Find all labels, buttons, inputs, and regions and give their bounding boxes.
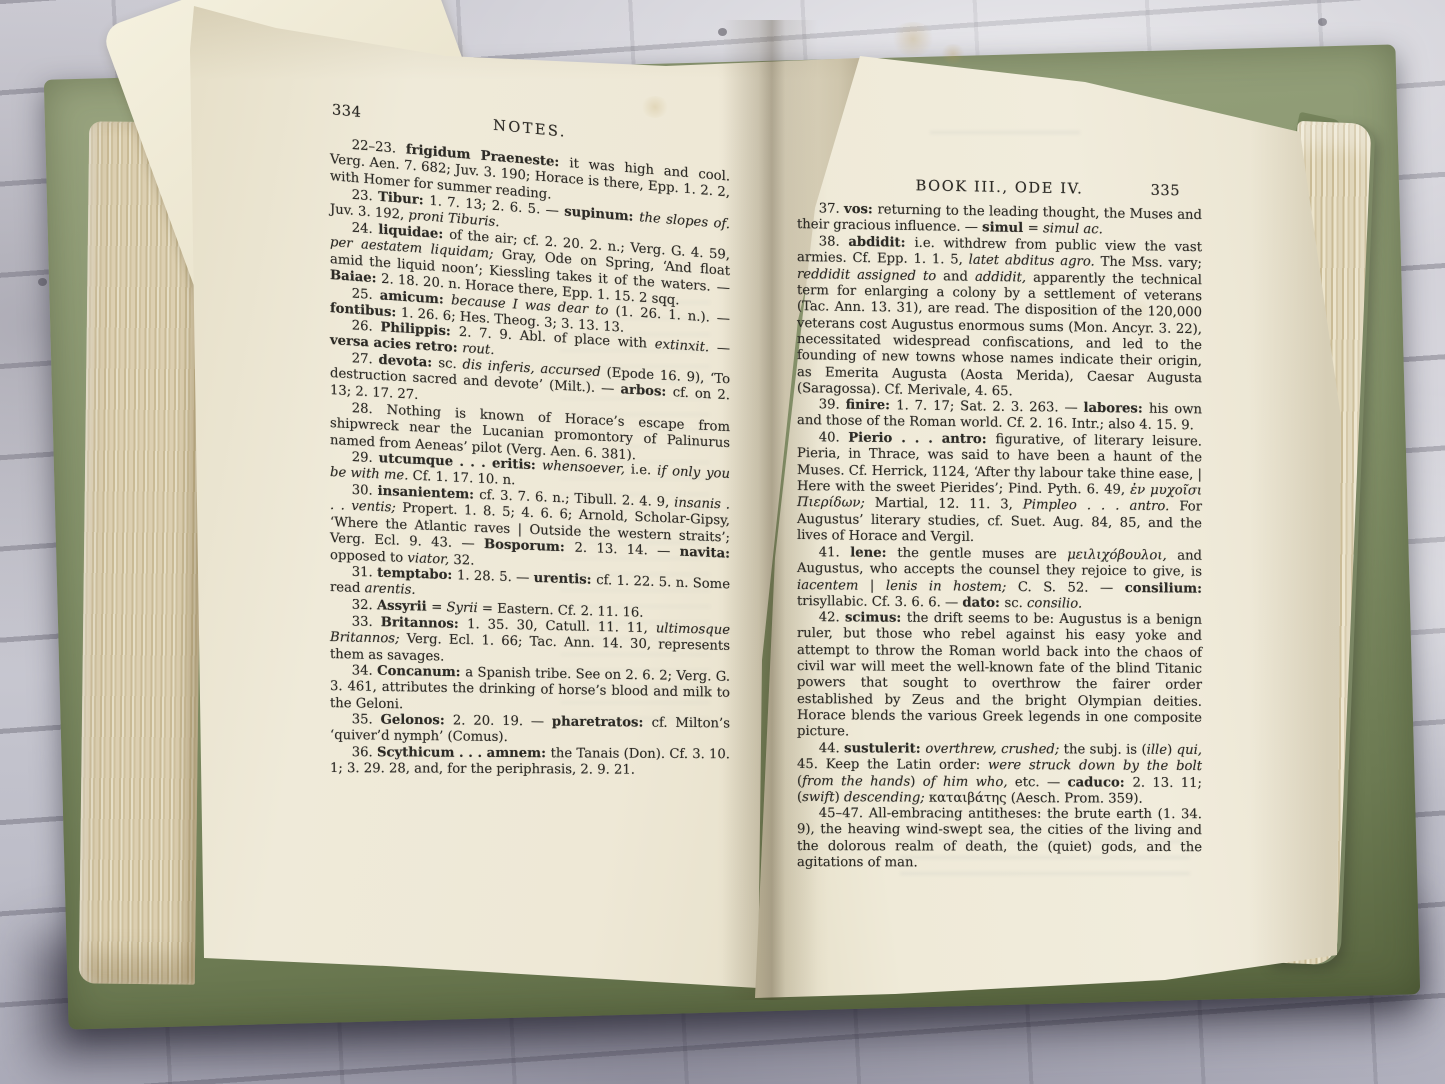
lemma-text: Britannos: <box>381 615 467 632</box>
note-text: arentis. <box>365 582 416 599</box>
foxing-stain <box>940 44 966 64</box>
lemma-text: Assyrii <box>377 598 431 615</box>
note-text: addidit, <box>975 269 1033 285</box>
note-text: 23. <box>352 188 378 205</box>
lemma-text: Pierio . . . antro: <box>848 431 995 448</box>
note-text: ) <box>1167 742 1177 757</box>
note-text: 26. <box>352 319 381 336</box>
note-text: 30. <box>352 483 378 499</box>
note-text: apparently the technical term for enlarg… <box>797 270 1202 399</box>
note-text: overthrew, crushed; <box>925 741 1063 757</box>
note-text: 32. <box>453 553 474 569</box>
note-text: of him who, <box>923 774 1015 789</box>
note-paragraph: 35. Gelonos: 2. 20. 19. — pharetratos: c… <box>330 712 730 749</box>
left-page-notes: 22–23. frigidum Praeneste: it was high a… <box>330 136 730 778</box>
note-paragraph: 40. Pierio . . . antro: figurative, of l… <box>797 430 1202 549</box>
note-text: trisyllabic. Cf. 3. 6. 6. — <box>797 594 962 611</box>
lemma-text: Bosporum: <box>484 537 575 556</box>
lemma-text: labores: <box>1084 401 1149 417</box>
lemma-text: arbos: <box>620 383 672 401</box>
note-text: 37. <box>819 202 844 217</box>
foxing-stain <box>890 22 936 56</box>
note-text: Pimpleo . . . antro. <box>1023 498 1179 515</box>
note-text: etc. — <box>1015 774 1068 789</box>
note-text: ille <box>1147 742 1167 757</box>
note-text: 35. <box>352 713 381 728</box>
lemma-text: Baiae: <box>330 268 381 287</box>
note-text: simul ac. <box>1043 222 1103 238</box>
lemma-text: pharetratos: <box>552 715 652 731</box>
lemma-text: navita: <box>680 545 730 562</box>
lemma-text: consilium: <box>1125 580 1202 596</box>
note-paragraph: 42. scimus: the drift seems to be: Augus… <box>797 610 1202 744</box>
note-paragraph: 36. Scythicum . . . amnem: the Tanais (D… <box>330 745 730 780</box>
note-text: from the hands <box>802 773 910 789</box>
note-text: = <box>1028 222 1043 237</box>
note-text: ) <box>835 790 844 805</box>
note-paragraph: 38. abdidit: i.e. withdrew from public v… <box>797 234 1202 404</box>
lemma-text: vos: <box>844 202 877 218</box>
note-text: and <box>943 269 975 284</box>
lemma-text: simul <box>982 221 1028 237</box>
note-text: sc. <box>438 356 462 372</box>
note-text: the subj. is ( <box>1064 742 1147 757</box>
note-text: 1. 7. 17; Sat. 2. 3. 263. — <box>896 399 1083 416</box>
note-text: 2. 13. 14. — <box>575 541 680 560</box>
note-text: 45–47. All-embracing antitheses: the bru… <box>797 806 1202 870</box>
right-page-notes: 37. vos: returning to the leading though… <box>797 201 1202 871</box>
note-text: = <box>431 600 446 615</box>
note-text: the drift seems to be: Augustus is a ben… <box>797 611 1202 740</box>
lemma-text: Tibur: <box>378 190 429 209</box>
note-paragraph: 34. Concanum: a Spanish tribe. See on 2.… <box>330 663 730 719</box>
photo-of-open-book: 334 NOTES. 22–23. frigidum Praeneste: it… <box>0 0 1445 1084</box>
note-text: 24. <box>352 220 379 237</box>
note-text: descending; <box>844 790 929 805</box>
note-text: latet abditus agro. <box>969 253 1101 270</box>
note-text: 1. 28. 5. — <box>457 568 534 586</box>
note-text: 32. <box>352 598 377 614</box>
note-text: sc. <box>1004 595 1027 610</box>
note-text: 31. <box>352 565 377 581</box>
note-text: 29. <box>352 450 379 466</box>
note-text: — <box>709 341 730 357</box>
lemma-text: dato: <box>962 595 1004 610</box>
note-text: 40. <box>819 430 849 445</box>
lemma-text: Gelonos: <box>381 713 453 729</box>
lemma-text: abdidit: <box>848 235 914 251</box>
lemma-text: devota: <box>379 353 439 371</box>
note-text: 36. <box>352 745 377 760</box>
lemma-text: temptabo: <box>377 566 457 584</box>
note-text: viator, <box>407 551 453 568</box>
right-running-head-row: BOOK III., ODE IV. 335 <box>797 176 1202 200</box>
note-text: swift <box>802 790 834 805</box>
lemma-text: Concanum: <box>377 664 465 680</box>
lemma-text: finire: <box>846 398 897 414</box>
note-text: C. S. 52. — <box>1018 579 1125 595</box>
lemma-text: caduco: <box>1068 775 1133 790</box>
page-number-334: 334 <box>332 102 361 121</box>
page-number-335: 335 <box>1151 183 1180 200</box>
lemma-text: sustulerit: <box>844 741 925 756</box>
note-text: 42. <box>819 610 845 625</box>
note-text: 44. <box>819 741 844 756</box>
note-text: ) <box>910 774 923 789</box>
note-paragraph: 41. lene: the gentle muses are μειλιχόβο… <box>797 545 1202 614</box>
note-text: Syrii <box>447 600 482 616</box>
note-text: were struck down by the bolt <box>988 758 1202 774</box>
lemma-text: urentis: <box>534 571 597 588</box>
right-page-text-column: BOOK III., ODE IV. 335 37. vos: returnin… <box>797 176 1202 871</box>
note-text: the gentle muses are <box>897 545 1067 562</box>
note-text: iacentem | lenis in hostem; <box>797 577 1018 594</box>
note-text: 34. <box>352 663 377 678</box>
note-paragraph: 44. sustulerit: overthrew, crushed; the … <box>797 741 1202 808</box>
left-page-text-column: 334 NOTES. 22–23. frigidum Praeneste: it… <box>330 102 730 778</box>
note-text: qui, <box>1177 743 1202 758</box>
note-text: 45. Keep the Latin order: <box>797 757 988 773</box>
note-text: 39. <box>819 398 846 413</box>
note-text: 38. <box>819 234 849 249</box>
note-text: καταιβάτης (Aesch. Prom. 359). <box>929 790 1143 806</box>
note-text: whensoever, <box>542 459 631 478</box>
note-text: extinxit. <box>655 337 709 355</box>
note-text: 41. <box>819 545 850 560</box>
note-text: rout. <box>462 342 494 359</box>
note-text: The Mss. vary; <box>1101 255 1202 272</box>
note-text: 33. <box>352 614 381 630</box>
note-paragraph: 45–47. All-embracing antitheses: the bru… <box>797 806 1202 873</box>
note-text: 2. 20. 19. — <box>453 714 552 730</box>
note-text: 25. <box>352 286 380 303</box>
note-text: Martial, 12. 11. 3, <box>875 496 1023 513</box>
running-head-book-ode: BOOK III., ODE IV. <box>916 177 1084 197</box>
lemma-text: lene: <box>850 545 897 560</box>
show-through-text <box>930 118 1080 134</box>
note-text: μειλιχόβουλοι, <box>1067 547 1177 563</box>
note-text: 27. <box>352 352 379 368</box>
note-text: opposed to <box>330 548 407 566</box>
note-text: consilio. <box>1027 596 1082 612</box>
lemma-text: Scythicum . . . amnem: <box>377 745 551 761</box>
lemma-text: scimus: <box>845 610 907 625</box>
note-text: i.e. <box>631 463 657 479</box>
note-text: reddidit assigned to <box>797 267 943 284</box>
